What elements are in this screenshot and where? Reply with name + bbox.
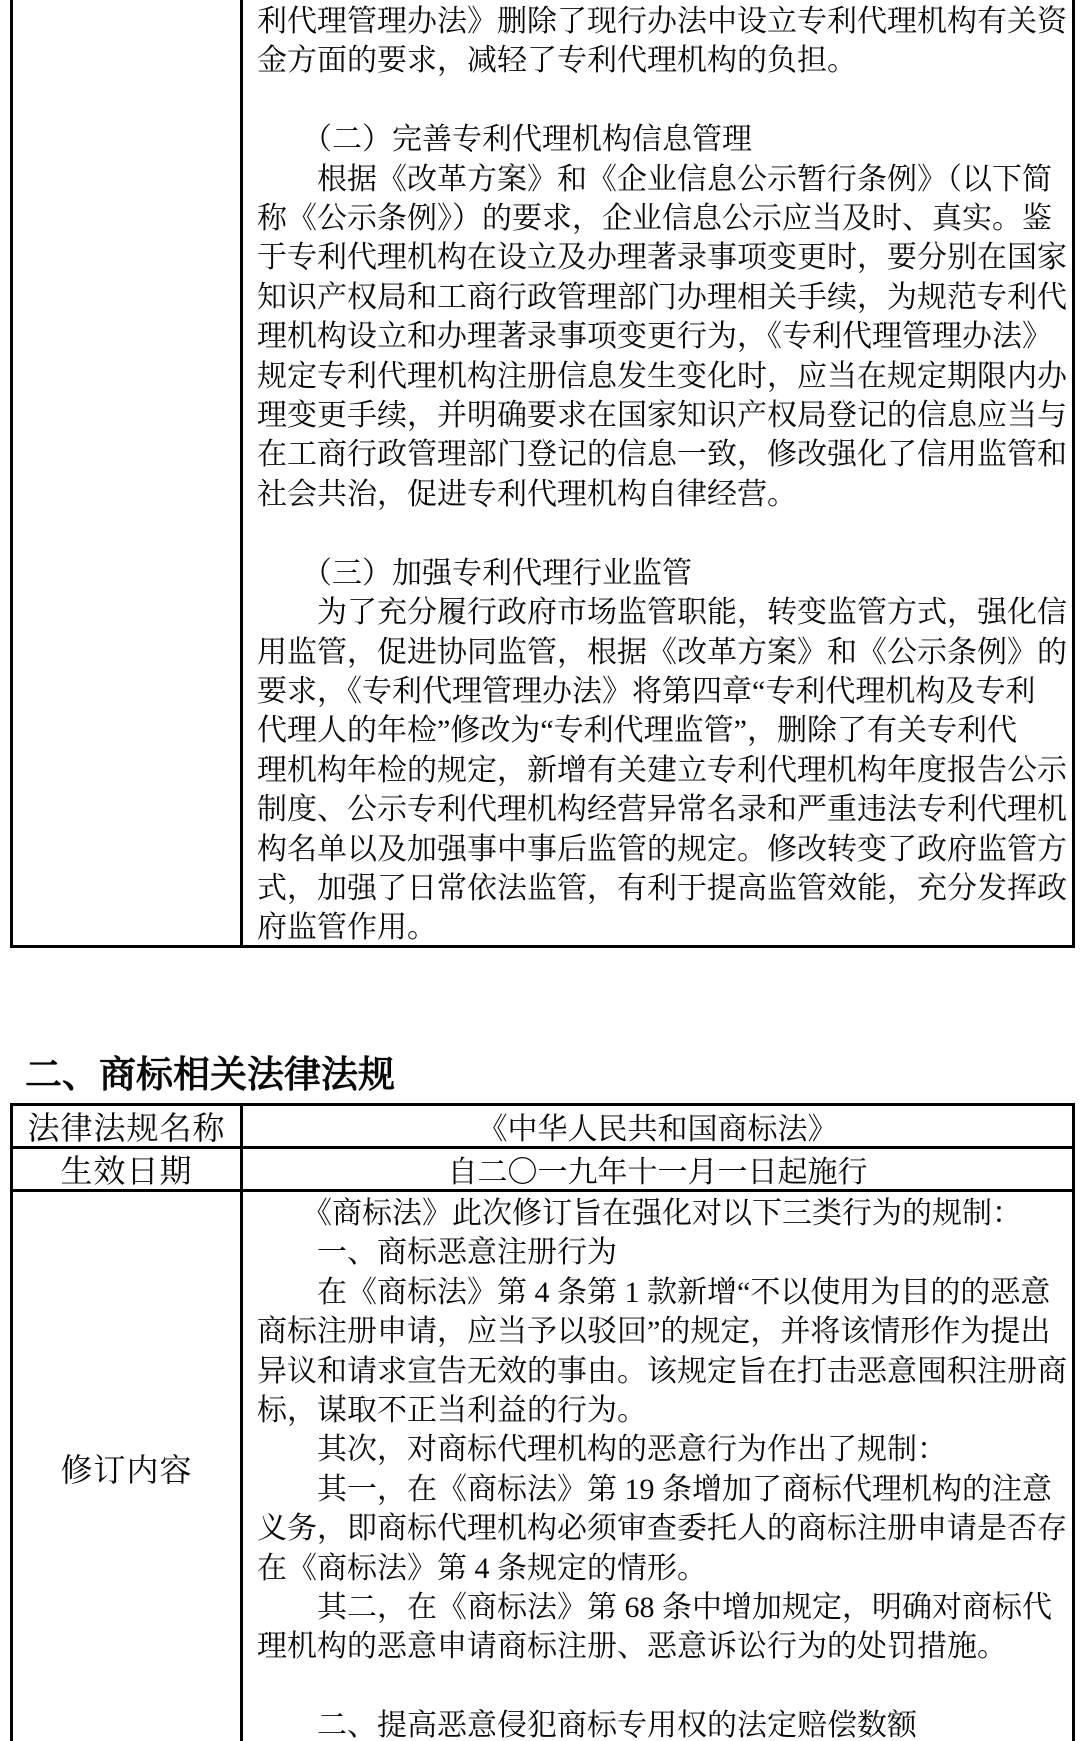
table-row-effective-date: 生效日期 自二〇一九年十一月一日起施行 (13, 1149, 1072, 1192)
text-line: 根据《改革方案》和《企业信息公示暂行条例》（以下简 (257, 160, 1065, 199)
law-name-value: 《中华人民共和国商标法》 (243, 1106, 1072, 1146)
text-line: 金方面的要求，减轻了专利代理机构的负担。 (257, 41, 1065, 80)
text-line: 标，谋取不正当利益的行为。 (257, 1391, 1065, 1430)
text-line (257, 1667, 1065, 1706)
revision-content-cell: 《商标法》此次修订旨在强化对以下三类行为的规制： 一、商标恶意注册行为 在《商标… (243, 1192, 1072, 1741)
text-line: 义务，即商标代理机构必须审查委托人的商标注册申请是否存 (257, 1509, 1065, 1548)
text-line: 商标注册申请，应当予以驳回”的规定，并将该情形作为提出 (257, 1312, 1065, 1351)
patent-table-content-cell: 利代理管理办法》删除了现行办法中设立专利代理机构有关资金方面的要求，减轻了专利代… (243, 0, 1072, 945)
text-line: 用监管，促进协同监管，根据《改革方案》和《公示条例》的 (257, 633, 1065, 672)
text-line: 《商标法》此次修订旨在强化对以下三类行为的规制： (257, 1194, 1065, 1233)
table-row-law-name: 法律法规名称 《中华人民共和国商标法》 (13, 1106, 1072, 1149)
text-line: 构名单以及加强事中事后监管的规定。修改转变了政府监管方 (257, 830, 1065, 869)
effective-date-value: 自二〇一九年十一月一日起施行 (243, 1149, 1072, 1189)
effective-date-label: 生效日期 (13, 1149, 243, 1189)
text-line: 其二，在《商标法》第 68 条中增加规定，明确对商标代 (257, 1588, 1065, 1627)
text-line: 二、提高恶意侵犯商标专用权的法定赔偿数额 (257, 1706, 1065, 1741)
text-line: 式，加强了日常依法监管，有利于提高监管效能，充分发挥政 (257, 869, 1065, 908)
revision-content-text-block: 《商标法》此次修订旨在强化对以下三类行为的规制： 一、商标恶意注册行为 在《商标… (243, 1192, 1072, 1741)
law-name-label: 法律法规名称 (13, 1106, 243, 1146)
section-heading: 二、商标相关法律法规 (25, 1044, 395, 1098)
text-line: 要求，《专利代理管理办法》将第四章“专利代理机构及专利 (257, 672, 1065, 711)
text-line: 其次，对商标代理机构的恶意行为作出了规制： (257, 1430, 1065, 1469)
text-line (257, 81, 1065, 120)
text-line: 利代理管理办法》删除了现行办法中设立专利代理机构有关资 (257, 2, 1065, 41)
text-line: 在《商标法》第 4 条规定的情形。 (257, 1549, 1065, 1588)
text-line: 理变更手续，并明确要求在国家知识产权局登记的信息应当与 (257, 396, 1065, 435)
text-line (257, 514, 1065, 553)
document-page: { "colors": { "background": "#ffffff", "… (0, 0, 1080, 1741)
text-line: 于专利代理机构在设立及办理著录事项变更时，要分别在国家 (257, 238, 1065, 277)
text-line: 一、商标恶意注册行为 (257, 1233, 1065, 1272)
trademark-law-table: 法律法规名称 《中华人民共和国商标法》 生效日期 自二〇一九年十一月一日起施行 … (10, 1103, 1075, 1741)
text-line: 异议和请求宣告无效的事由。该规定旨在打击恶意囤积注册商 (257, 1352, 1065, 1391)
patent-table-label-cell-empty (13, 0, 243, 945)
text-line: 代理人的年检”修改为“专利代理监管”，删除了有关专利代 (257, 711, 1065, 750)
patent-table-text-block: 利代理管理办法》删除了现行办法中设立专利代理机构有关资金方面的要求，减轻了专利代… (243, 0, 1072, 948)
text-line: （三）加强专利代理行业监管 (257, 554, 1065, 593)
text-line: 理机构设立和办理著录事项变更行为，《专利代理管理办法》 (257, 317, 1065, 356)
text-line: 为了充分履行政府市场监管职能，转变监管方式，强化信 (257, 593, 1065, 632)
text-line: 在《商标法》第 4 条第 1 款新增“不以使用为目的的恶意 (257, 1273, 1065, 1312)
text-line: 规定专利代理机构注册信息发生变化时，应当在规定期限内办 (257, 357, 1065, 396)
text-line: 知识产权局和工商行政管理部门办理相关手续，为规范专利代 (257, 278, 1065, 317)
text-line: 理机构年检的规定，新增有关建立专利代理机构年度报告公示 (257, 751, 1065, 790)
text-line: 称《公示条例》）的要求，企业信息公示应当及时、真实。鉴 (257, 199, 1065, 238)
text-line: 社会共治，促进专利代理机构自律经营。 (257, 475, 1065, 514)
text-line: 在工商行政管理部门登记的信息一致，修改强化了信用监管和 (257, 435, 1065, 474)
text-line: 其一，在《商标法》第 19 条增加了商标代理机构的注意 (257, 1470, 1065, 1509)
patent-regulation-table: 利代理管理办法》删除了现行办法中设立专利代理机构有关资金方面的要求，减轻了专利代… (10, 0, 1075, 948)
table-row-revision-content: 修订内容 《商标法》此次修订旨在强化对以下三类行为的规制： 一、商标恶意注册行为… (13, 1192, 1072, 1741)
text-line: （二）完善专利代理机构信息管理 (257, 120, 1065, 159)
text-line: 理机构的恶意申请商标注册、恶意诉讼行为的处罚措施。 (257, 1627, 1065, 1666)
revision-content-label: 修订内容 (13, 1192, 243, 1741)
text-line: 制度、公示专利代理机构经营异常名录和严重违法专利代理机 (257, 790, 1065, 829)
text-line: 府监管作用。 (257, 908, 1065, 947)
